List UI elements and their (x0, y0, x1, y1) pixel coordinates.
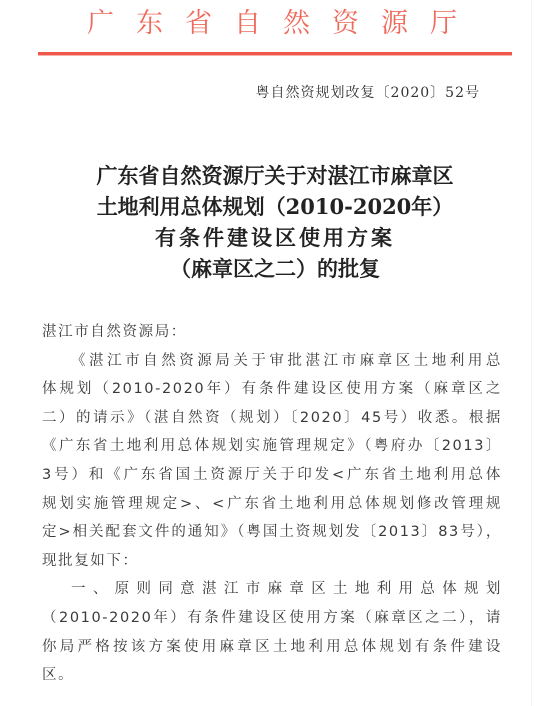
body-line: 现批复如下： (42, 547, 502, 576)
body-line: 规划实施管理规定>、<广东省土地利用总体规划修改管理规 (42, 490, 502, 519)
title-line: 广东省自然资源厅关于对湛江市麻章区 (30, 160, 520, 191)
body-line: （2010-2020年）有条件建设区使用方案（麻章区之二），请 (42, 604, 502, 633)
document-number: 粤自然资规划改复〔2020〕52号 (256, 82, 480, 102)
organization-header: 广东省自然资源厅 (0, 6, 546, 42)
paragraph-1: 《湛江市自然资源局关于审批湛江市麻章区土地利用总 体规划（2010-2020年）… (42, 347, 502, 576)
salutation-text: 湛江市自然资源局： (42, 318, 502, 347)
title-line: （麻章区之二）的批复 (30, 253, 520, 284)
paragraph-2: 一、原则同意湛江市麻章区土地利用总体规划 （2010-2020年）有条件建设区使… (42, 575, 502, 689)
body-line: 3号）和《广东省国土资源厅关于印发<广东省土地利用总体 (42, 461, 502, 490)
title-line: 有条件建设区使用方案 (30, 222, 520, 253)
body-line: 《湛江市自然资源局关于审批湛江市麻章区土地利用总 (42, 347, 502, 376)
body-line: 你局严格按该方案使用麻章区土地利用总体规划有条件建设 (42, 633, 502, 662)
document-page: 广东省自然资源厅 粤自然资规划改复〔2020〕52号 广东省自然资源厅关于对湛江… (0, 0, 546, 706)
body-line: 体规划（2010-2020年）有条件建设区使用方案（麻章区之 (42, 375, 502, 404)
body-line: 一、原则同意湛江市麻章区土地利用总体规划 (42, 575, 502, 604)
body-line: 二）的请示》（湛自然资（规划）〔2020〕45号）收悉。根据 (42, 404, 502, 433)
red-header-rule (38, 52, 512, 55)
body-line: 《广东省土地利用总体规划实施管理规定》（粤府办〔2013〕 (42, 432, 502, 461)
document-title: 广东省自然资源厅关于对湛江市麻章区 土地利用总体规划（2010-2020年） 有… (30, 160, 520, 284)
salutation: 湛江市自然资源局： (42, 318, 502, 347)
body-line: 定>相关配套文件的通知》（粤国土资规划发〔2013〕83号）， (42, 518, 502, 547)
document-body: 湛江市自然资源局： 《湛江市自然资源局关于审批湛江市麻章区土地利用总 体规划（2… (42, 318, 502, 690)
title-line: 土地利用总体规划（2010-2020年） (30, 191, 520, 222)
body-line: 区。 (42, 661, 502, 690)
